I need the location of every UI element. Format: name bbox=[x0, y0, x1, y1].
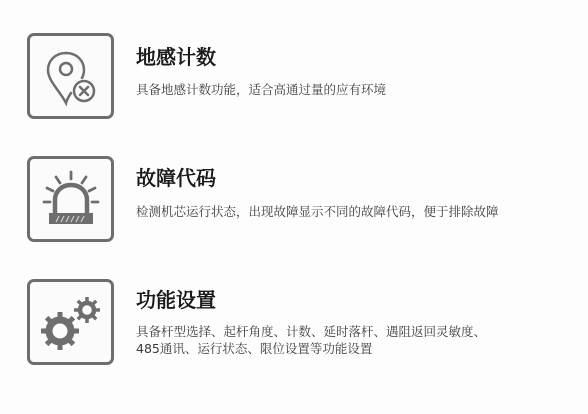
feature-icon-box bbox=[27, 33, 114, 119]
feature-title: 故障代码 bbox=[136, 167, 216, 189]
location-pin-cancel-icon bbox=[36, 41, 106, 111]
feature-icon-box bbox=[27, 279, 114, 365]
gears-icon bbox=[36, 287, 106, 357]
feature-description: 具备地感计数功能，适合高通过量的应有环境 bbox=[136, 81, 386, 98]
feature-title: 功能设置 bbox=[136, 289, 216, 311]
feature-icon-box bbox=[27, 156, 114, 242]
feature-description-line-2: 485通讯、运行状态、限位设置等功能设置 bbox=[136, 340, 372, 357]
feature-description-line-1: 具备杆型选择、起杆角度、计数、延时落杆、遇阻返回灵敏度、 bbox=[136, 323, 486, 340]
feature-description: 检测机芯运行状态，出现故障显示不同的故障代码，便于排除故障 bbox=[136, 203, 499, 220]
alarm-siren-icon bbox=[36, 164, 106, 234]
feature-title: 地感计数 bbox=[136, 46, 216, 68]
